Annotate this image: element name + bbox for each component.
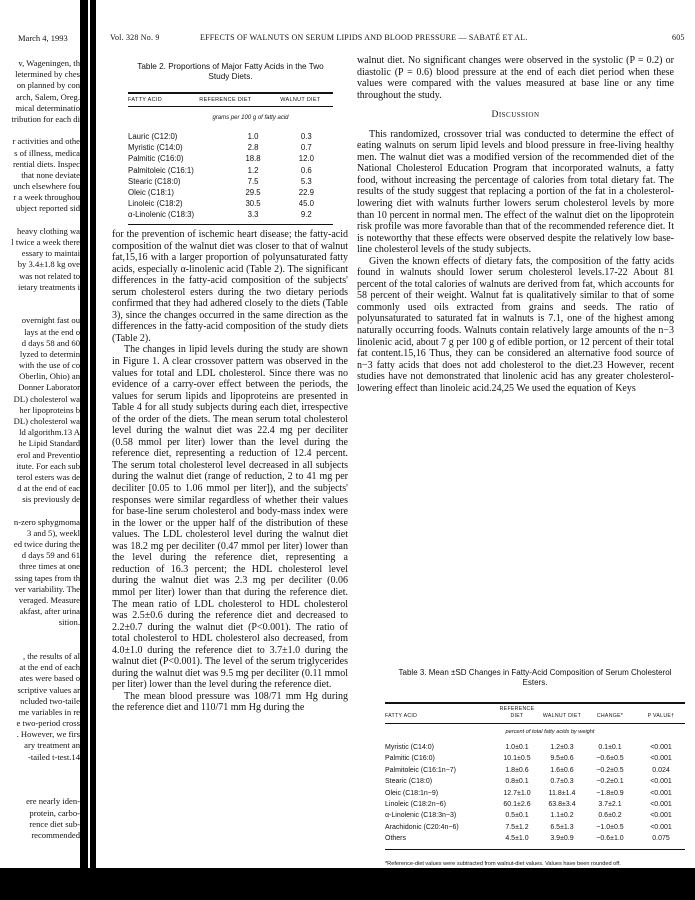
text-line: mical determinatio: [0, 103, 80, 114]
text-line: ubject reported sid: [0, 203, 80, 214]
text-line: [0, 125, 80, 136]
text-line: [0, 763, 80, 774]
table-row: Palmitic (C16:0)18.812.0: [128, 153, 333, 164]
text-line: rence diet sub-: [0, 819, 80, 830]
body-paragraph: The changes in lipid levels during the s…: [112, 344, 348, 690]
text-line: [0, 506, 80, 517]
text-line: DL) cholesterol wa: [0, 394, 80, 405]
cell-change: −0.2±0.5: [583, 765, 637, 776]
table-2: Table 2. Proportions of Major Fatty Acid…: [128, 62, 333, 225]
cell-walnut: 12.0: [280, 153, 333, 164]
cell-walnut: 5.3: [280, 176, 333, 187]
text-line: ary treatment an: [0, 740, 80, 751]
cell-change: −1.8±0.9: [583, 788, 637, 799]
text-line: scriptive values ar: [0, 685, 80, 696]
cell-acid: Others: [385, 833, 493, 844]
text-line: at the end of each: [0, 662, 80, 673]
text-line: ld algorithm.13 A: [0, 427, 80, 438]
cell-reference: 29.5: [226, 187, 279, 198]
text-line: lays at the end o: [0, 327, 80, 338]
text-line: overnight fast ou: [0, 315, 80, 326]
text-line: veraged. Measure: [0, 595, 80, 606]
cell-walnut: 63.8±3.4: [541, 799, 583, 810]
cell-walnut: 1.2±0.3: [541, 742, 583, 753]
text-line: rential diets. Inspec: [0, 159, 80, 170]
text-line: me variables in re: [0, 707, 80, 718]
cell-acid: Myristic (C14:0): [385, 742, 493, 753]
cell-walnut: 3.9±0.9: [541, 833, 583, 844]
text-line: [0, 629, 80, 640]
text-line: n-zero sphygmoma: [0, 517, 80, 528]
cell-p: <0.001: [637, 753, 685, 764]
cell-walnut: 11.8±1.4: [541, 788, 583, 799]
cell-reference: 7.5: [226, 176, 279, 187]
footnote: *Reference-diet values were subtracted f…: [385, 860, 685, 868]
text-line: d days 58 and 60: [0, 338, 80, 349]
cell-reference: 7.5±1.2: [493, 822, 541, 833]
text-line: ed twice during the: [0, 539, 80, 550]
column-header: Change*: [583, 704, 637, 723]
text-line: letermined by ches: [0, 69, 80, 80]
text-line: that none deviate: [0, 170, 80, 181]
table-row: Stearic (C18:0)0.8±0.10.7±0.3−0.2±0.1<0.…: [385, 776, 685, 787]
table-2-header-row: Fatty Acid Reference Diet Walnut Diet: [128, 94, 333, 106]
column-header: Fatty Acid: [128, 94, 183, 106]
cell-walnut: 0.7±0.3: [541, 776, 583, 787]
cell-change: 0.1±0.1: [583, 742, 637, 753]
table-row: Stearic (C18:0)7.55.3: [128, 176, 333, 187]
text-line: heavy clothing wa: [0, 226, 80, 237]
cell-p: <0.001: [637, 776, 685, 787]
text-line: v, Wageningen, th: [0, 58, 80, 69]
table-row: Linoleic (C18:2n−6)60.1±2.663.8±3.43.7±2…: [385, 799, 685, 810]
text-line: Oberlin, Ohio) an: [0, 371, 80, 382]
table-row: Others4.5±1.03.9±0.9−0.6±1.00.075: [385, 833, 685, 844]
cell-acid: Palmitoleic (C16:1n−7): [385, 765, 493, 776]
table-row: Palmitoleic (C16:1)1.20.6: [128, 165, 333, 176]
cell-acid: Linoleic (C18:2n−6): [385, 799, 493, 810]
text-line: d days 59 and 61: [0, 550, 80, 561]
cell-change: 3.7±2.1: [583, 799, 637, 810]
cell-acid: Linoleic (C18:2): [128, 198, 226, 209]
binding-shadow: [80, 0, 88, 900]
cell-acid: Stearic (C18:0): [128, 176, 226, 187]
cell-reference: 3.3: [226, 209, 279, 220]
cell-p: <0.001: [637, 810, 685, 821]
body-paragraph: This randomized, crossover trial was con…: [357, 129, 674, 256]
left-page-text: v, Wageningen, thletermined by cheson pl…: [0, 58, 80, 841]
text-line: was not related to: [0, 271, 80, 282]
text-line: ere nearly iden-: [0, 796, 80, 807]
text-line: r activities and othe: [0, 136, 80, 147]
cell-reference: 30.5: [226, 198, 279, 209]
text-line: he Lipid Standard: [0, 438, 80, 449]
cell-change: −0.2±0.1: [583, 776, 637, 787]
body-paragraph: The mean blood pressure was 108/71 mm Hg…: [112, 691, 348, 714]
table-row: Oleic (C18:1n−9)12.7±1.011.8±1.4−1.8±0.9…: [385, 788, 685, 799]
text-line: sition.: [0, 617, 80, 628]
table-row: Myristic (C14:0)1.0±0.11.2±0.30.1±0.1<0.…: [385, 742, 685, 753]
right-column-text: walnut diet. No significant changes were…: [357, 55, 674, 394]
cell-reference: 10.1±0.5: [493, 753, 541, 764]
results-paragraph: walnut diet. No significant changes were…: [357, 55, 674, 101]
cell-p: <0.001: [637, 822, 685, 833]
cell-walnut: 1.6±0.6: [541, 765, 583, 776]
text-line: [0, 215, 80, 226]
cell-acid: Palmitoleic (C16:1): [128, 165, 226, 176]
column-header: Reference Diet: [493, 704, 541, 723]
left-running-head: March 4, 1993: [18, 33, 68, 43]
text-line: sis previously de: [0, 494, 80, 505]
column-header: Fatty Acid: [385, 704, 493, 723]
cell-walnut: 1.1±0.2: [541, 810, 583, 821]
cell-acid: Lauric (C12:0): [128, 131, 226, 142]
cell-change: 0.6±0.2: [583, 810, 637, 821]
text-line: l twice a week there: [0, 237, 80, 248]
text-line: [0, 293, 80, 304]
cell-reference: 1.2: [226, 165, 279, 176]
cell-walnut: 9.2: [280, 209, 333, 220]
text-line: [0, 640, 80, 651]
text-line: ver variability. The: [0, 584, 80, 595]
text-line: -tailed t-test.14: [0, 752, 80, 763]
cell-acid: Stearic (C18:0): [385, 776, 493, 787]
cell-acid: α-Linolenic (C18:3n−3): [385, 810, 493, 821]
text-line: e two-period cross: [0, 718, 80, 729]
text-line: ssing tapes from th: [0, 573, 80, 584]
table-3: Table 3. Mean ±SD Changes in Fatty-Acid …: [385, 668, 685, 888]
text-line: her lipoproteins b: [0, 405, 80, 416]
cell-p: <0.001: [637, 788, 685, 799]
cell-walnut: 9.5±0.6: [541, 753, 583, 764]
text-line: itute. For each sub: [0, 461, 80, 472]
page-number: 605: [672, 33, 685, 42]
text-line: by 3.4±1.8 kg ove: [0, 259, 80, 270]
cell-acid: α-Linolenic (C18:3): [128, 209, 226, 220]
table-3-unit: percent of total fatty acids by weight: [385, 724, 685, 742]
cell-change: −0.6±0.5: [583, 753, 637, 764]
text-line: protein, carbo-: [0, 808, 80, 819]
cell-reference: 2.8: [226, 142, 279, 153]
cell-p: <0.001: [637, 799, 685, 810]
cell-acid: Palmitic (C16:0): [128, 153, 226, 164]
text-line: with the use of co: [0, 360, 80, 371]
cell-walnut: 45.0: [280, 198, 333, 209]
cell-reference: 18.8: [226, 153, 279, 164]
body-paragraph: Given the known effects of dietary fats,…: [357, 256, 674, 395]
cell-acid: Myristic (C14:0): [128, 142, 226, 153]
table-row: Lauric (C12:0)1.00.3: [128, 131, 333, 142]
text-line: terol esters was de: [0, 472, 80, 483]
cell-walnut: 0.6: [280, 165, 333, 176]
text-line: d at the end of eac: [0, 483, 80, 494]
table-row: Palmitic (C16:0)10.1±0.59.5±0.6−0.6±0.5<…: [385, 753, 685, 764]
text-line: 3 and 5), weekl: [0, 528, 80, 539]
text-line: tribution for each di: [0, 114, 80, 125]
table-row: Linoleic (C18:2)30.545.0: [128, 198, 333, 209]
table-3-title: Table 3. Mean ±SD Changes in Fatty-Acid …: [385, 668, 685, 688]
cell-p: 0.024: [637, 765, 685, 776]
cell-reference: 12.7±1.0: [493, 788, 541, 799]
cell-reference: 0.5±0.1: [493, 810, 541, 821]
table-row: Arachidonic (C20:4n−6)7.5±1.26.5±1.3−1.0…: [385, 822, 685, 833]
text-line: r a week throughou: [0, 192, 80, 203]
scan-border: [0, 868, 695, 900]
cell-acid: Oleic (C18:1): [128, 187, 226, 198]
text-line: [0, 774, 80, 785]
text-line: , the results of al: [0, 651, 80, 662]
left-page-fragment: March 4, 1993 v, Wageningen, thletermine…: [0, 0, 80, 900]
cell-reference: 4.5±1.0: [493, 833, 541, 844]
text-line: s of illness, medica: [0, 148, 80, 159]
running-head-title: EFFECTS OF WALNUTS ON SERUM LIPIDS AND B…: [200, 33, 528, 42]
text-line: recommended: [0, 830, 80, 841]
table-row: Myristic (C14:0)2.80.7: [128, 142, 333, 153]
cell-reference: 60.1±2.6: [493, 799, 541, 810]
column-header: Walnut Diet: [268, 94, 333, 106]
cell-walnut: 22.9: [280, 187, 333, 198]
table-2-unit: grams per 100 g of fatty acid: [128, 107, 333, 131]
column-header: P Value†: [637, 704, 685, 723]
body-paragraph: for the prevention of ischemic heart dis…: [112, 229, 348, 344]
table-3-header-row: Fatty Acid Reference Diet Walnut Diet Ch…: [385, 704, 685, 723]
cell-walnut: 6.5±1.3: [541, 822, 583, 833]
cell-acid: Arachidonic (C20:4n−6): [385, 822, 493, 833]
cell-reference: 1.8±0.6: [493, 765, 541, 776]
text-line: three times at one: [0, 561, 80, 572]
text-line: ates were based o: [0, 673, 80, 684]
cell-p: 0.075: [637, 833, 685, 844]
left-column-text: for the prevention of ischemic heart dis…: [112, 229, 348, 714]
text-line: ncluded two-taile: [0, 696, 80, 707]
cell-p: <0.001: [637, 742, 685, 753]
text-line: . However, we firs: [0, 729, 80, 740]
text-line: on planned by con: [0, 80, 80, 91]
text-line: [0, 304, 80, 315]
cell-walnut: 0.3: [280, 131, 333, 142]
cell-acid: Palmitic (C16:0): [385, 753, 493, 764]
running-head-volume: Vol. 328 No. 9: [110, 33, 160, 42]
binding-shadow-inner: [90, 0, 96, 900]
text-line: essary to maintai: [0, 248, 80, 259]
table-row: Oleic (C18:1)29.522.9: [128, 187, 333, 198]
text-line: akfast, after urina: [0, 606, 80, 617]
text-line: Donner Laborator: [0, 382, 80, 393]
column-header: Walnut Diet: [541, 704, 583, 723]
cell-change: −1.0±0.5: [583, 822, 637, 833]
cell-reference: 1.0±0.1: [493, 742, 541, 753]
cell-reference: 1.0: [226, 131, 279, 142]
section-heading-discussion: Discussion: [357, 110, 674, 122]
text-line: arch, Salem, Oreg.: [0, 92, 80, 103]
text-line: ietary treatments i: [0, 282, 80, 293]
cell-change: −0.6±1.0: [583, 833, 637, 844]
cell-walnut: 0.7: [280, 142, 333, 153]
text-line: DL) cholesterol wa: [0, 416, 80, 427]
text-line: [0, 785, 80, 796]
table-row: α-Linolenic (C18:3n−3)0.5±0.11.1±0.20.6±…: [385, 810, 685, 821]
cell-acid: Oleic (C18:1n−9): [385, 788, 493, 799]
column-header: Reference Diet: [183, 94, 268, 106]
text-line: erol and Preventio: [0, 450, 80, 461]
cell-reference: 0.8±0.1: [493, 776, 541, 787]
table-row: Palmitoleic (C16:1n−7)1.8±0.61.6±0.6−0.2…: [385, 765, 685, 776]
text-line: unch elsewhere fou: [0, 181, 80, 192]
text-line: lyzed to determin: [0, 349, 80, 360]
table-row: α-Linolenic (C18:3)3.39.2: [128, 209, 333, 220]
table-2-title: Table 2. Proportions of Major Fatty Acid…: [128, 62, 333, 82]
